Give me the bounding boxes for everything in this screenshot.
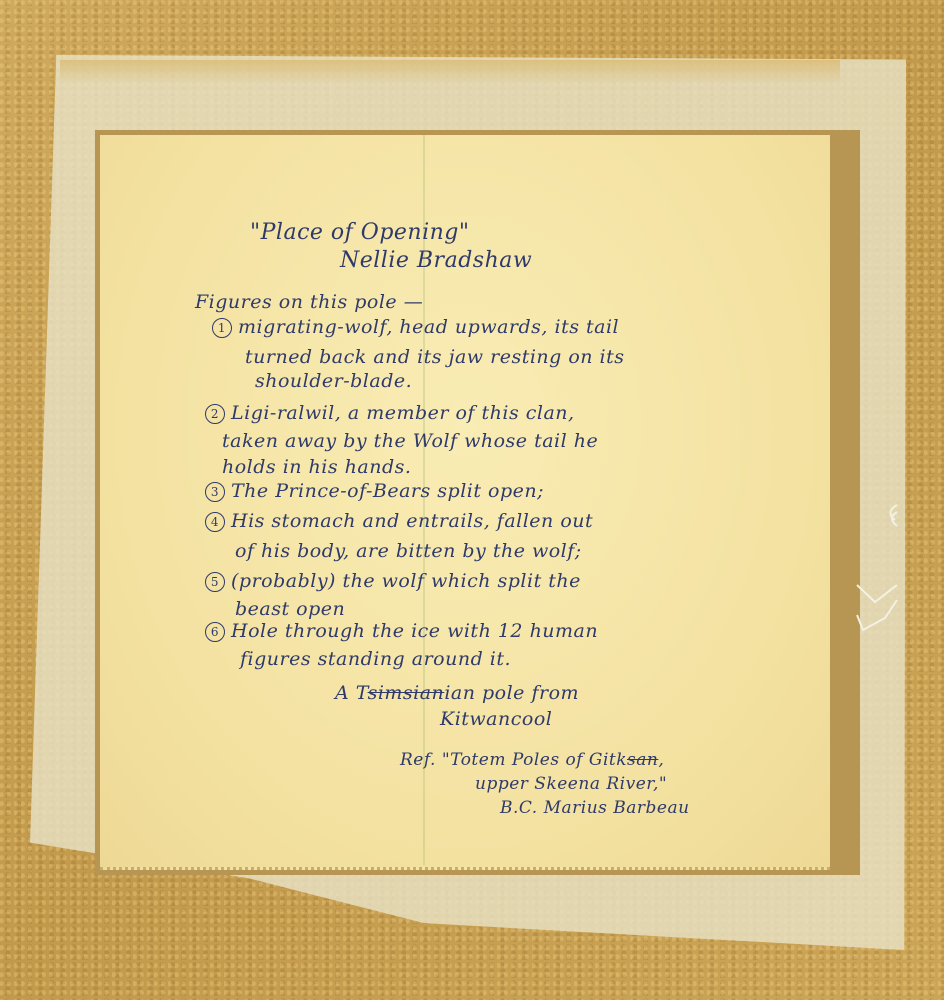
item-number-badge: 4: [205, 512, 225, 532]
item-6-line-1: 6Hole through the ice with 12 human: [205, 622, 598, 642]
item-number-badge: 1: [212, 318, 232, 338]
white-line-decoration-icon: [855, 500, 905, 640]
item-2-line-2: taken away by the Wolf whose tail he: [222, 432, 598, 451]
item-2-line-1: 2Ligi-ralwil, a member of this clan,: [205, 404, 575, 424]
reference-line-2: upper Skeena River,": [475, 776, 667, 793]
note-title: "Place of Opening": [250, 222, 470, 244]
item-4-line-1: 4His stomach and entrails, fallen out: [205, 512, 593, 532]
reference-line-1: Ref. "Totem Poles of Gitksan,: [400, 752, 664, 769]
item-number-badge: 2: [205, 404, 225, 424]
item-number-badge: 5: [205, 572, 225, 592]
item-number-badge: 3: [205, 482, 225, 502]
item-1-line-1: 1migrating-wolf, head upwards, its tail: [212, 318, 619, 338]
origin-place: Kitwancool: [440, 710, 552, 729]
item-1-line-3: shoulder-blade.: [255, 372, 412, 391]
item-1-line-2: turned back and its jaw resting on its: [245, 348, 625, 367]
item-5-line-1: 5(probably) the wolf which split the: [205, 572, 581, 592]
item-2-line-3: holds in his hands.: [222, 458, 411, 477]
struck-text: simsian: [368, 682, 445, 704]
reference-line-3: B.C. Marius Barbeau: [500, 800, 690, 817]
item-6-line-2: figures standing around it.: [240, 650, 511, 669]
item-5-line-2: beast open: [235, 600, 345, 619]
origin-line: A Tsimsianian pole from: [335, 684, 579, 703]
item-4-line-2: of his body, are bitten by the wolf;: [235, 542, 582, 561]
tape-shadow: [60, 60, 840, 84]
item-number-badge: 6: [205, 622, 225, 642]
note-intro: Figures on this pole —: [195, 293, 423, 312]
item-3-line-1: 3The Prince-of-Bears split open;: [205, 482, 544, 502]
struck-text: san: [627, 750, 658, 770]
note-author: Nellie Bradshaw: [340, 250, 532, 272]
